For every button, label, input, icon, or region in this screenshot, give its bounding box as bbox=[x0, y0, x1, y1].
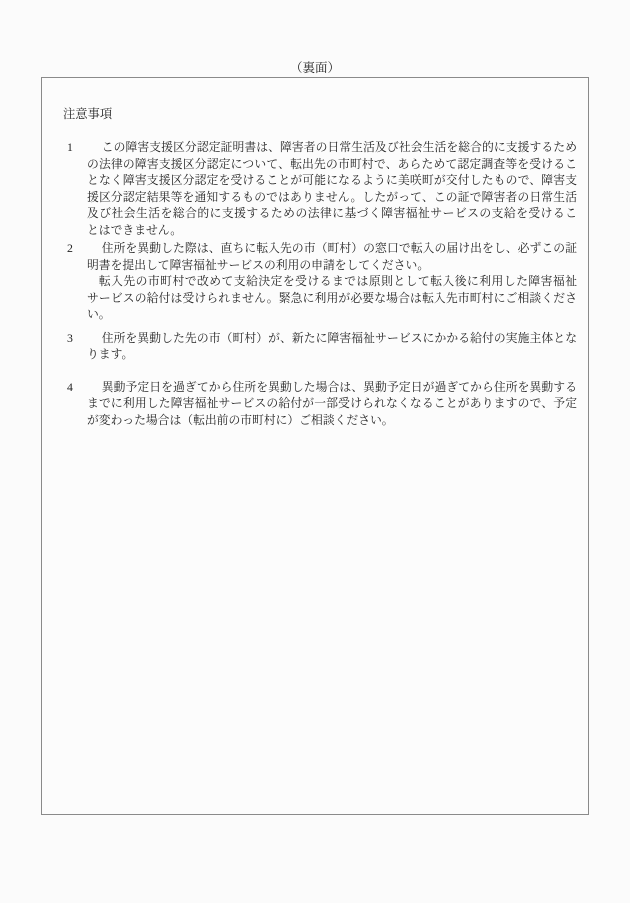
item-number: 3 bbox=[63, 330, 87, 363]
notice-line: とはできません。 bbox=[87, 222, 577, 239]
notice-item-4: 4 異動予定日を過ぎてから住所を異動した場合は、異動予定日が過ぎてから住所を異動… bbox=[63, 379, 577, 429]
notice-item-2: 2 住所を異動した際は、直ちに転入先の市（町村）の窓口で転入の届け出をし、必ずこ… bbox=[63, 240, 577, 323]
item-number: 4 bbox=[63, 379, 87, 429]
notice-line: となく障害支援区分認定を受けることが可能になるように美咲町が交付したもので、障害… bbox=[87, 172, 577, 189]
notice-item-3: 3 住所を異動した先の市（町村）が、新たに障害福祉サービスにかかる給付の実施主体… bbox=[63, 330, 577, 363]
notice-title: 注意事項 bbox=[63, 106, 577, 122]
notice-line: 住所を異動した際は、直ちに転入先の市（町村）の窓口で転入の届け出をし、必ずこの証 bbox=[87, 240, 577, 257]
notice-line: 転入先の市町村で改めて支給決定を受けるまでは原則として転入後に利用した障害福祉 bbox=[87, 273, 577, 290]
notice-line: が変わった場合は（転出前の市町村に）ご相談ください。 bbox=[87, 412, 577, 429]
notice-box-inner: 注意事項 1 この障害支援区分認定証明書は、障害者の日常生活及び社会生活を総合的… bbox=[42, 78, 588, 428]
notice-line: 異動予定日を過ぎてから住所を異動した場合は、異動予定日が過ぎてから住所を異動する bbox=[87, 379, 577, 396]
notice-box: 注意事項 1 この障害支援区分認定証明書は、障害者の日常生活及び社会生活を総合的… bbox=[41, 77, 589, 815]
notice-line: 援区分認定結果等を通知するものではありません。したがって、この証で障害者の日常生… bbox=[87, 189, 577, 206]
item-number: 1 bbox=[63, 139, 87, 238]
document-page: （裏面） 注意事項 1 この障害支援区分認定証明書は、障害者の日常生活及び社会生… bbox=[0, 0, 630, 903]
notice-line: の法律の障害支援区分認定について、転出先の市町村で、あらためて認定調査等を受ける… bbox=[87, 156, 577, 173]
item-text: 異動予定日を過ぎてから住所を異動した場合は、異動予定日が過ぎてから住所を異動する… bbox=[87, 379, 577, 429]
notice-line: この障害支援区分認定証明書は、障害者の日常生活及び社会生活を総合的に支援するため bbox=[87, 139, 577, 156]
notice-line: 及び社会生活を総合的に支援するための法律に基づく障害福祉サービスの支給を受けるこ bbox=[87, 205, 577, 222]
notice-line: 明書を提出して障害福祉サービスの利用の申請をしてください。 bbox=[87, 257, 577, 274]
item-number: 2 bbox=[63, 240, 87, 323]
item-text: 住所を異動した先の市（町村）が、新たに障害福祉サービスにかかる給付の実施主体とな… bbox=[87, 330, 577, 363]
notice-line: サービスの給付は受けられません。緊急に利用が必要な場合は転入先市町村にご相談くだ… bbox=[87, 290, 577, 307]
item-text: 住所を異動した際は、直ちに転入先の市（町村）の窓口で転入の届け出をし、必ずこの証… bbox=[87, 240, 577, 323]
notice-item-1: 1 この障害支援区分認定証明書は、障害者の日常生活及び社会生活を総合的に支援する… bbox=[63, 139, 577, 238]
page-side-label: （裏面） bbox=[0, 61, 630, 76]
notice-line: い。 bbox=[87, 306, 577, 323]
notice-line: 住所を異動した先の市（町村）が、新たに障害福祉サービスにかかる給付の実施主体とな bbox=[87, 330, 577, 347]
notice-line: ります。 bbox=[87, 346, 577, 363]
notice-line: までに利用した障害福祉サービスの給付が一部受けられなくなることがありますので、予… bbox=[87, 395, 577, 412]
item-text: この障害支援区分認定証明書は、障害者の日常生活及び社会生活を総合的に支援するため… bbox=[87, 139, 577, 238]
